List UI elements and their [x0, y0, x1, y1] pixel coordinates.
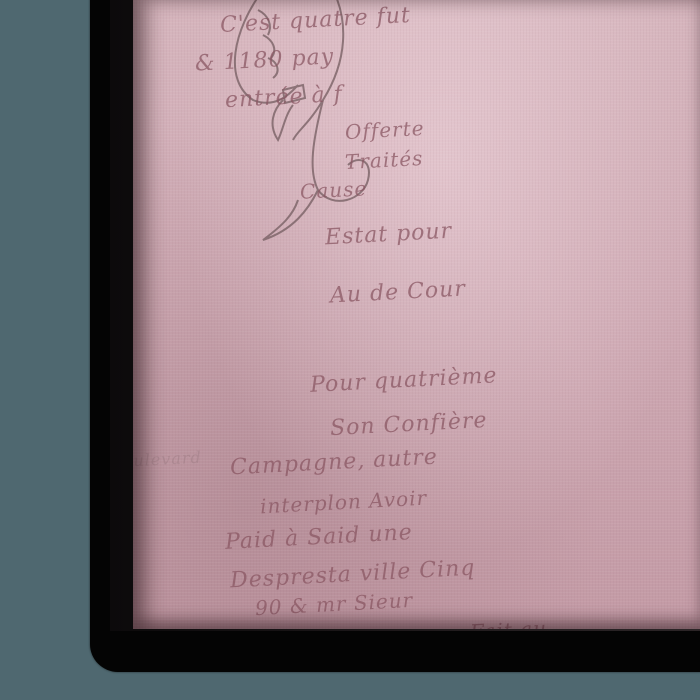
handwritten-script-line: Despresta ville Cinq: [230, 556, 476, 594]
handwritten-script-line: Fait au: [469, 616, 547, 629]
handwritten-script-line: Au de Cour: [329, 276, 466, 308]
handwritten-script-line: Offerte: [344, 116, 425, 144]
handwritten-script-line: interplon Avoir: [259, 486, 427, 519]
handwritten-script-line: Cause: [299, 176, 367, 203]
handwritten-script-line: Paid à Said une: [224, 520, 413, 555]
handwritten-script-line: Estat pour: [324, 219, 452, 251]
handwritten-script-line: Boulevard: [133, 448, 202, 472]
art-canvas: C'est quatre fut& 1180 payentrée à fOffe…: [133, 0, 700, 629]
handwritten-script-line: Campagne, autre: [229, 445, 438, 481]
handwritten-script-line: Pour quatrième: [309, 363, 498, 398]
handwritten-script-line: Son Confière: [329, 408, 488, 441]
handwritten-script-line: 90 & mr Sieur: [254, 588, 413, 620]
handwritten-script-line: Traités: [344, 146, 424, 174]
